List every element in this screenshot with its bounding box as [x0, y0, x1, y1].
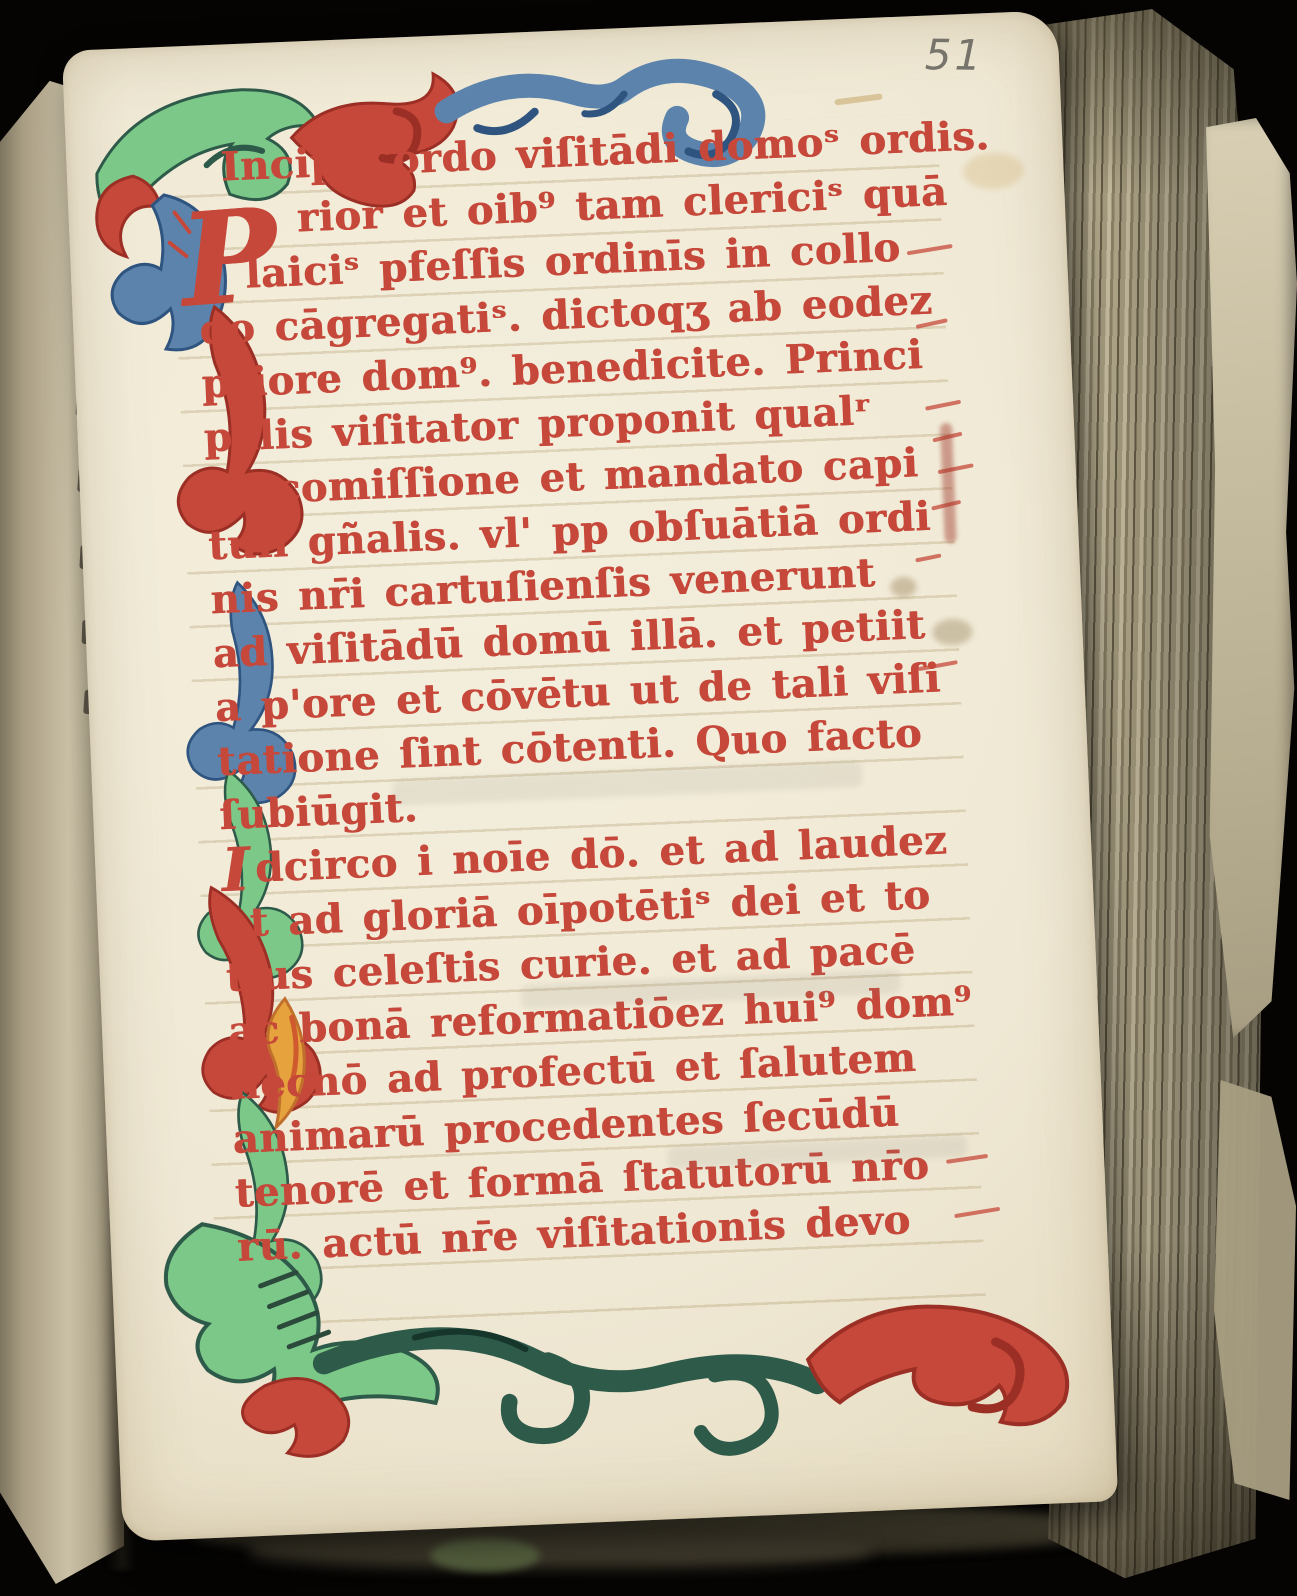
book-bottom-shadow: [250, 1528, 870, 1568]
folio-number: 51: [924, 30, 984, 80]
book-bottom-shadow: [430, 1538, 540, 1572]
torn-page-flap: [1206, 118, 1297, 1038]
manuscript-photo: 51 P Incipit ordo viſitādi domoˢ ordis. …: [0, 0, 1297, 1596]
manuscript-page: 51 P Incipit ordo viſitādi domoˢ ordis. …: [62, 10, 1118, 1542]
manuscript-text: Incipit ordo viſitādi domoˢ ordis. rior …: [192, 111, 988, 1275]
